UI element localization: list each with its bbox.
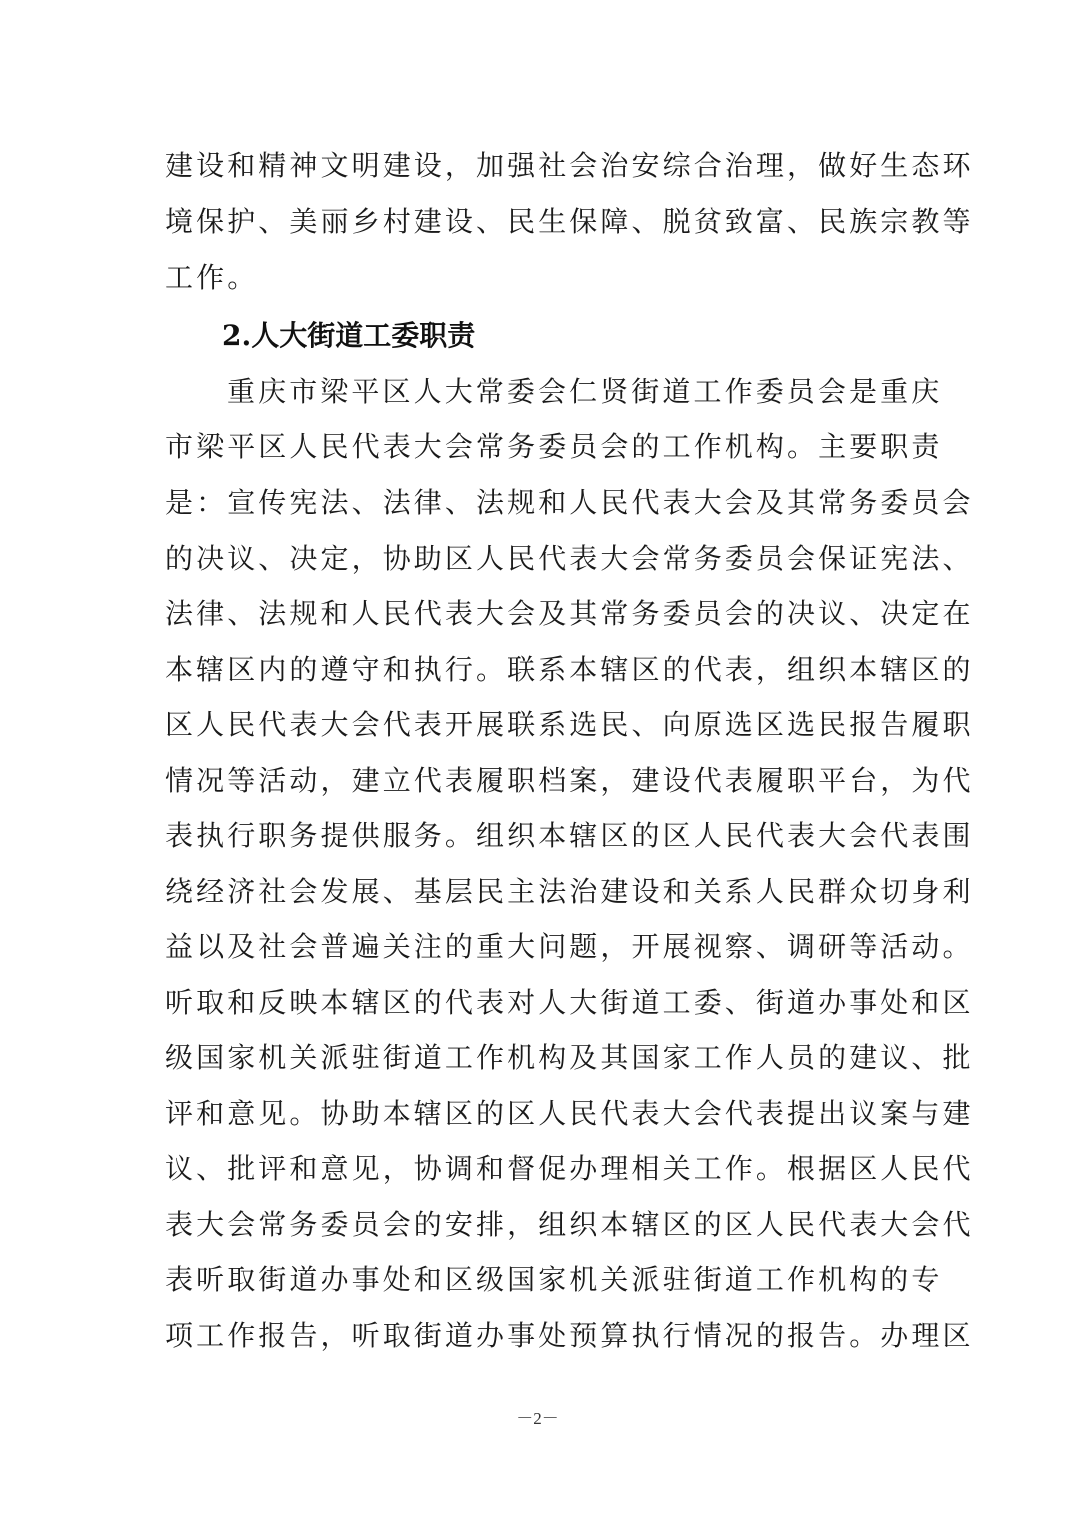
page-number: －2－ (0, 1407, 1075, 1431)
text-line: 项工作报告，听取街道办事处预算执行情况的报告。办理区 (165, 1316, 925, 1356)
text-line: 表大会常务委员会的安排，组织本辖区的区人民代表大会代 (165, 1205, 925, 1245)
text-line: 建设和精神文明建设，加强社会治安综合治理，做好生态环 (165, 146, 925, 186)
text-line: 级国家机关派驻街道工作机构及其国家工作人员的建议、批 (165, 1038, 925, 1078)
text-line: 工作。 (165, 258, 925, 298)
text-line: 表执行职务提供服务。组织本辖区的区人民代表大会代表围 (165, 816, 925, 856)
text-line: 市梁平区人民代表大会常务委员会的工作机构。主要职责 (165, 427, 925, 467)
text-line: 议、批评和意见，协调和督促办理相关工作。根据区人民代 (165, 1149, 925, 1189)
text-line: 法律、法规和人民代表大会及其常务委员会的决议、决定在 (165, 594, 925, 634)
text-line: 区人民代表大会代表开展联系选民、向原选区选民报告履职 (165, 705, 925, 745)
text-line: 是：宣传宪法、法律、法规和人民代表大会及其常务委员会 (165, 483, 925, 523)
text-line: 绕经济社会发展、基层民主法治建设和关系人民群众切身利 (165, 872, 925, 912)
text-line: 本辖区内的遵守和执行。联系本辖区的代表，组织本辖区的 (165, 650, 925, 690)
text-line: 重庆市梁平区人大常委会仁贤街道工作委员会是重庆 (227, 372, 987, 412)
text-line: 表听取街道办事处和区级国家机关派驻街道工作机构的专 (165, 1260, 925, 1300)
text-line: 境保护、美丽乡村建设、民生保障、脱贫致富、民族宗教等 (165, 202, 925, 242)
section-heading: 2.人大街道工委职责 (222, 316, 475, 356)
text-line: 的决议、决定，协助区人民代表大会常务委员会保证宪法、 (165, 539, 925, 579)
text-line: 益以及社会普遍关注的重大问题，开展视察、调研等活动。 (165, 927, 925, 967)
text-line: 听取和反映本辖区的代表对人大街道工委、街道办事处和区 (165, 983, 925, 1023)
text-line: 情况等活动，建立代表履职档案，建设代表履职平台，为代 (165, 761, 925, 801)
text-line: 评和意见。协助本辖区的区人民代表大会代表提出议案与建 (165, 1094, 925, 1134)
document-page: 建设和精神文明建设，加强社会治安综合治理，做好生态环 境保护、美丽乡村建设、民生… (0, 0, 1075, 1520)
